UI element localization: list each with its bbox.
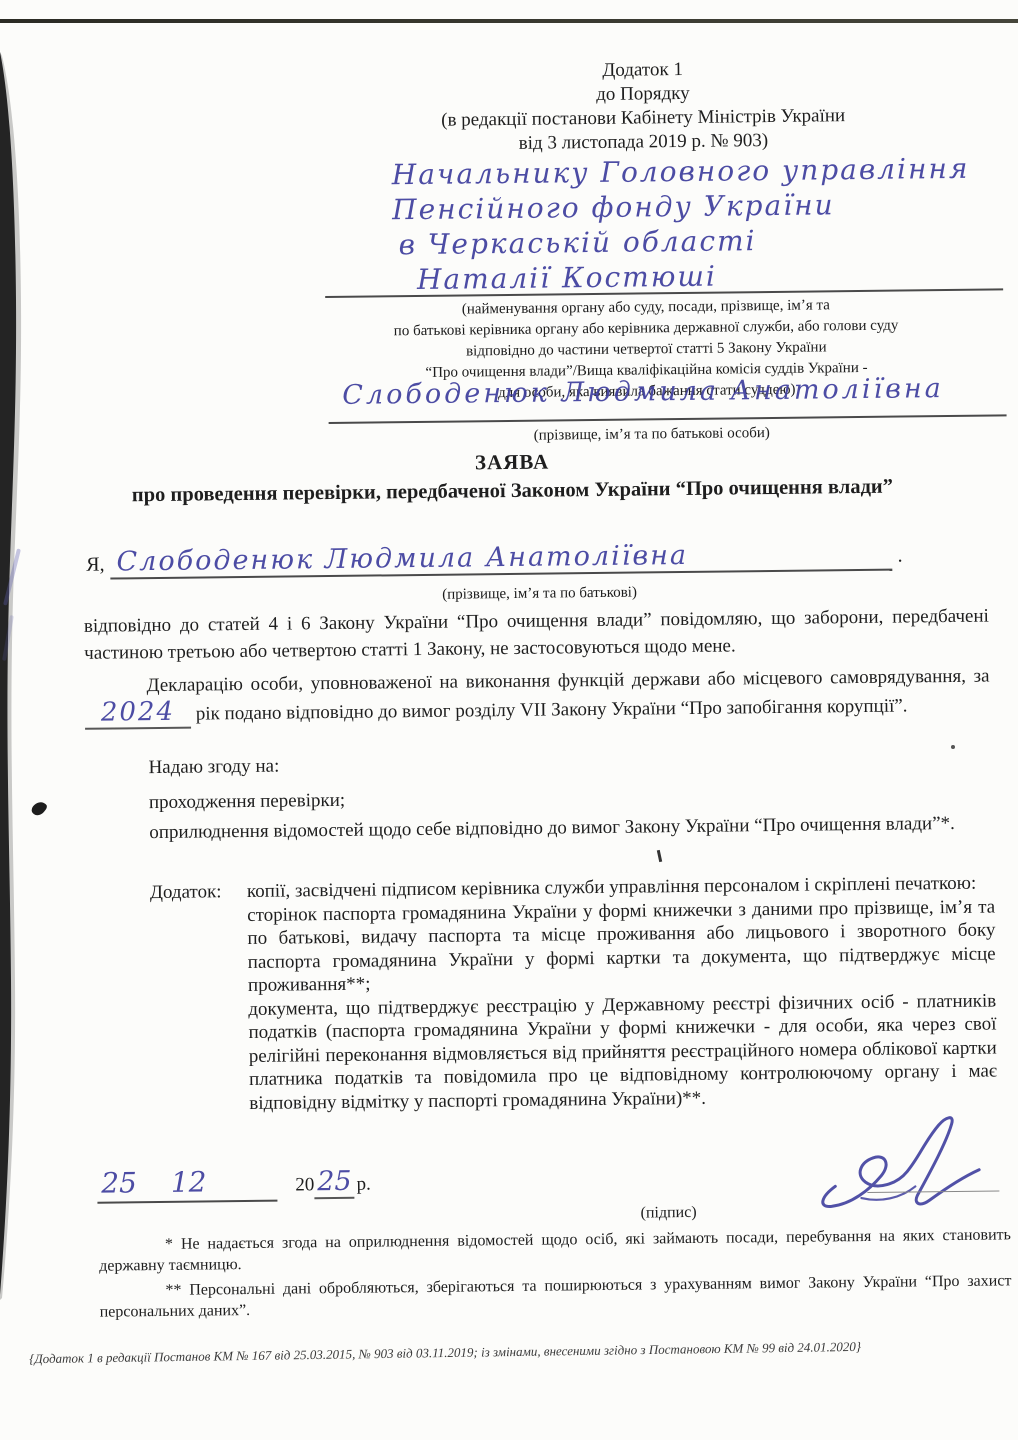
footnote-secrecy: * Не надається згода на оприлюднення від… — [99, 1224, 1011, 1276]
date-day-handwriting: 25 — [101, 1166, 137, 1199]
appendix-header: Додаток 1 до Порядку (в редакції постано… — [388, 56, 899, 158]
declarant-statement-row: Я, Слободенюк Людмила Анатоліївна . — [86, 538, 903, 580]
year-prefix: 20 — [295, 1174, 314, 1196]
page-subtitle: про проведення перевірки, передбаченої З… — [17, 474, 1007, 508]
name-fill-line: Слободенюк Людмила Анатоліївна — [110, 538, 892, 580]
attachment-paragraph: документа, що підтверджує реєстрацію у Д… — [248, 989, 997, 1115]
addressee-handwriting: Начальнику Головного управління Пенсійно… — [392, 150, 1004, 297]
revision-note: {Додаток 1 в редакції Постанов КМ № 167 … — [29, 1337, 1018, 1368]
consent-intro: Надаю згоду на: — [85, 745, 990, 782]
attachment-paragraph: сторінок паспорта громадянина України у … — [247, 895, 996, 997]
scanned-document-page: Додаток 1 до Порядку (в редакції постано… — [0, 0, 1018, 1440]
signature-handwriting — [804, 1110, 1001, 1216]
name-handwriting: Слободенюк Людмила Анатоліївна — [110, 540, 688, 578]
date-day-month-line: 25 12 — [97, 1165, 277, 1204]
date-year-handwriting: 25 — [314, 1166, 355, 1199]
addressee-handwriting-line: Начальнику Головного управління — [392, 150, 1002, 192]
year-suffix: р. — [356, 1174, 370, 1196]
document-content: Додаток 1 до Порядку (в редакції постано… — [0, 0, 1018, 1440]
footnote-personal-data: ** Персональні дані обробляються, зберіг… — [99, 1270, 1011, 1322]
date-row: 25 12 20 25 р. — [97, 1164, 371, 1204]
signature-caption: (підпис) — [604, 1203, 734, 1222]
paragraph-declaration-before: Декларацію особи, уповноваженої на викон… — [146, 666, 989, 697]
attachment-list: копії, засвідчені підписом керівника слу… — [247, 871, 998, 1114]
paragraph-declaration-after: рік подано відповідно до вимог розділу V… — [196, 695, 908, 724]
year-handwriting: 2024 — [85, 697, 192, 730]
i-label: Я, — [86, 554, 105, 577]
paragraph-lustration: відповідно до статей 4 і 6 Закону Україн… — [84, 603, 990, 667]
paragraph-declaration: Декларацію особи, уповноваженої на викон… — [84, 663, 990, 729]
declarant-name-line: Слободенюк Людмила Анатоліївна — [328, 372, 1006, 424]
line-end-period: . — [897, 545, 902, 568]
attachment-label: Додаток: — [150, 880, 222, 904]
declarant-name-handwriting: Слободенюк Людмила Анатоліївна — [328, 373, 944, 411]
date-month-handwriting: 12 — [171, 1165, 207, 1198]
